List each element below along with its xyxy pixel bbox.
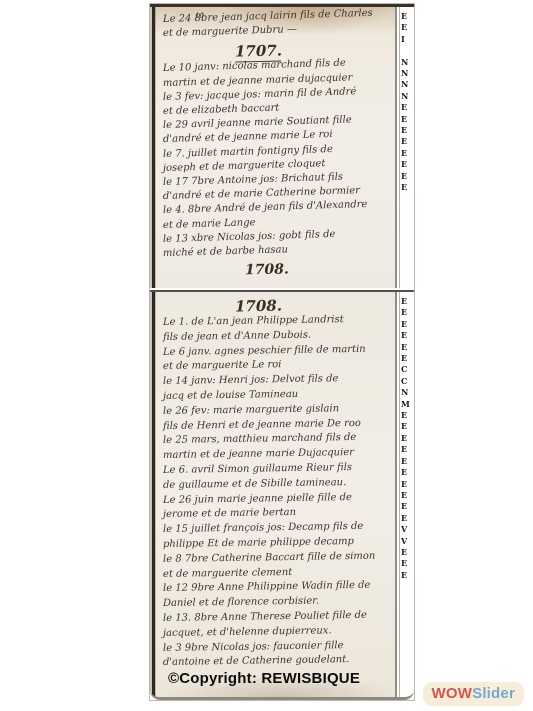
page-1707-text: Le 24 8bre jean jacq lairin fils de Char… xyxy=(163,13,391,277)
facing-page-letter-fragments: E E E E E E C C N M E E E E E E E E E E … xyxy=(401,296,414,581)
facing-page-edge: E E E E E E C C N M E E E E E E E E E E … xyxy=(395,292,414,697)
register-scan-image: Le 24 8bre jean jacq lairin fils de Char… xyxy=(150,4,414,700)
marginal-superscript: 10 xyxy=(195,12,204,20)
wowslider-watermark-link[interactable]: WOWSlider xyxy=(423,682,524,706)
year-heading-1708-cut: 1708. xyxy=(245,260,391,279)
page-background: Le 24 8bre jean jacq lairin fils de Char… xyxy=(0,0,533,711)
facing-page-letter-fragments: E E I N N N N E E E E E E E E xyxy=(401,11,414,194)
book-gutter-shadow xyxy=(150,292,156,697)
page-1708-text: 1708. Le 1. de L'an jean Philippe Landri… xyxy=(163,296,391,671)
handwriting-line: d'antoine et de Catherine goudelant. xyxy=(163,653,391,671)
register-page-1707: Le 24 8bre jean jacq lairin fils de Char… xyxy=(150,4,414,288)
book-gutter-shadow xyxy=(150,7,156,288)
facing-page-edge: E E I N N N N E E E E E E E E xyxy=(395,7,414,288)
copyright-text: ©Copyright: REWISBIQUE xyxy=(150,670,378,687)
register-page-1708: 1708. Le 1. de L'an jean Philippe Landri… xyxy=(150,290,414,700)
wowslider-wow-label: WOW xyxy=(432,685,473,702)
wowslider-slider-label: Slider xyxy=(472,685,515,702)
